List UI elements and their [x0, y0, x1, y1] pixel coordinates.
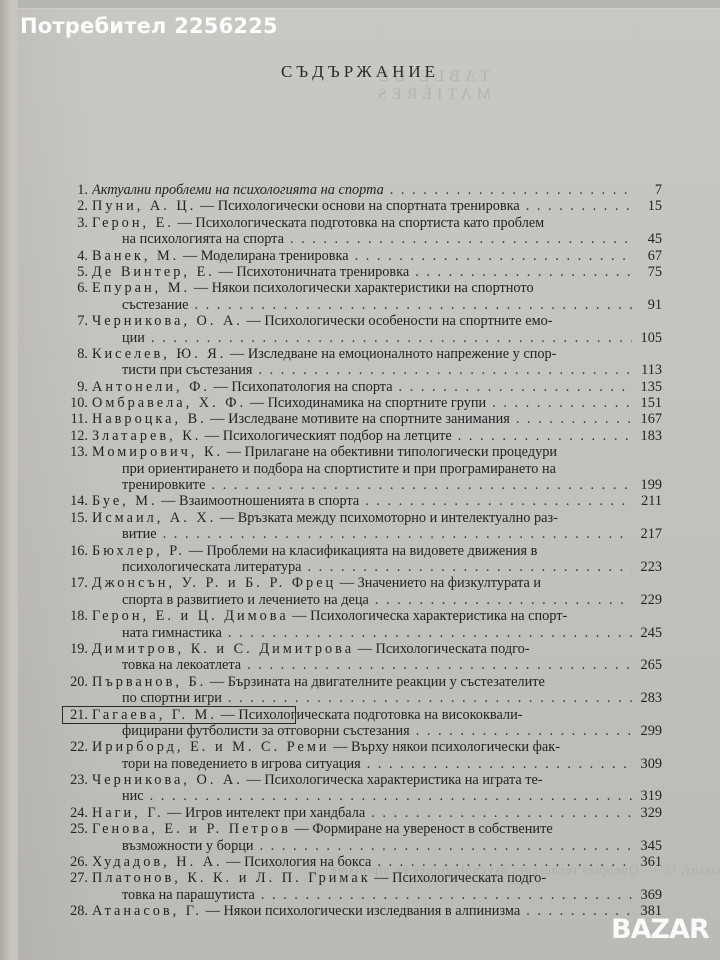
entry-author: Димитров, К. и С. Димитрова: [92, 641, 354, 657]
dot-leader: [255, 887, 632, 903]
dot-leader: [241, 657, 632, 673]
toc-entry-line: спорта в развитието и лечението на деца2…: [62, 592, 662, 608]
dot-leader: [369, 592, 632, 608]
toc-entry: 3.Герон, Е. — Психологическата подготовк…: [62, 215, 662, 248]
toc-entry: 20.Първанов, Б. — Бързината на двигателн…: [62, 674, 662, 707]
entry-number: 1.: [62, 182, 92, 198]
page-number: 361: [632, 854, 662, 870]
toc-entry: 12.Златарев, К. — Психологическият подбо…: [62, 428, 662, 444]
page-number: 135: [632, 379, 662, 395]
toc-entry-line: 14.Буе, М. — Взаимоотношенията в спорта2…: [62, 493, 662, 509]
toc-entry: 26.Худадов, Н. А. — Психология на бокса3…: [62, 854, 662, 870]
toc-entry-line: 1.Актуални проблеми на психологията на с…: [62, 182, 662, 198]
page-number: 217: [632, 526, 662, 542]
entry-number: 5.: [62, 264, 92, 280]
toc-entry: 21.Гагаева, Г. М. — Психологическата под…: [62, 707, 662, 740]
toc-entry-line: 11.Навроцка, В. — Изследване мотивите на…: [62, 411, 662, 427]
page-number: 283: [632, 690, 662, 706]
entry-number: 28.: [62, 903, 92, 919]
entry-title-continuation: на психологията на спорта: [122, 231, 284, 247]
entry-title: Ванек, М. — Моделирана тренировка: [92, 248, 349, 264]
dot-leader: [157, 526, 632, 542]
toc-entry-line: ната гимнастика245: [62, 625, 662, 641]
entry-title: Герон, Е. и Ц. Димова — Психологическа х…: [92, 608, 567, 624]
entry-title-continuation: психологическата литература: [122, 559, 302, 575]
entry-title: Наги, Г. — Игров интелект при хандбала: [92, 805, 365, 821]
entry-number: 20.: [62, 674, 92, 690]
dot-leader: [410, 723, 632, 739]
page-number: 265: [632, 657, 662, 673]
toc-entry-line: 28.Атанасов, Г. — Някои психологически и…: [62, 903, 662, 919]
dot-leader: [145, 330, 632, 346]
toc-entry-line: 16.Бюхлер, Р. — Проблеми на класификация…: [62, 543, 662, 559]
entry-title: Исмаил, А. Х. — Връзката между психомото…: [92, 510, 558, 526]
entry-author: Герон, Е. и Ц. Димова: [92, 608, 289, 624]
entry-title: Гагаева, Г. М. — Психологическата подгот…: [92, 707, 522, 723]
dot-leader: [510, 411, 632, 427]
bazar-logo: BAZAR: [611, 914, 709, 945]
entry-title: Ирирборд, Е. и М. С. Реми — Върху някои …: [92, 739, 560, 755]
page-number: 229: [632, 592, 662, 608]
book-spine-edge: [0, 0, 18, 960]
entry-number: 26.: [62, 854, 92, 870]
entry-title: Бюхлер, Р. — Проблеми на класификацията …: [92, 543, 537, 559]
page-number: 245: [632, 625, 662, 641]
entry-title: Черникова, О. А. — Психологически особен…: [92, 313, 553, 329]
toc-entry-line: 20.Първанов, Б. — Бързината на двигателн…: [62, 674, 662, 690]
entry-author: Антонели, Ф.: [92, 379, 210, 395]
page-title: СЪДЪРЖАНИЕ: [0, 62, 640, 82]
entry-title-continuation: спорта в развитието и лечението на деца: [122, 592, 369, 608]
entry-author: Герон, Е.: [92, 215, 174, 231]
toc-entry: 24.Наги, Г. — Игров интелект при хандбал…: [62, 805, 662, 821]
entry-title-continuation: товка на лекоатлета: [122, 657, 241, 673]
dot-leader: [222, 625, 632, 641]
entry-number: 21.: [62, 707, 92, 723]
entry-title: Де Винтер, Е. — Психотоничната тренировк…: [92, 264, 409, 280]
toc-entry-line: тори на поведението в игрова ситуация309: [62, 756, 662, 772]
toc-entry-line: състезание91: [62, 297, 662, 313]
entry-title: Киселев, Ю. Я. — Изследване на емоционал…: [92, 346, 556, 362]
user-watermark: Потребител 2256225: [20, 14, 278, 38]
entry-title-continuation: ции: [122, 330, 145, 346]
entry-number: 12.: [62, 428, 92, 444]
entry-title: Платонов, К. К. и Л. П. Гримак — Психоло…: [92, 870, 546, 886]
entry-number: 22.: [62, 739, 92, 755]
page-top-edge: [18, 0, 720, 9]
entry-number: 10.: [62, 395, 92, 411]
dot-leader: [409, 264, 632, 280]
page-number: 299: [632, 723, 662, 739]
dot-leader: [452, 428, 632, 444]
entry-author: Навроцка, В.: [92, 411, 207, 427]
entry-number: 24.: [62, 805, 92, 821]
page-number: 15: [632, 198, 662, 214]
entry-title: Антонели, Ф. — Психопатология на спорта: [92, 379, 393, 395]
entry-author: Момирович, К.: [92, 444, 223, 460]
entry-number: 3.: [62, 215, 92, 231]
dot-leader: [361, 756, 632, 772]
toc-entry: 11.Навроцка, В. — Изследване мотивите на…: [62, 411, 662, 427]
page-number: 105: [632, 330, 662, 346]
entry-title: Навроцка, В. — Изследване мотивите на сп…: [92, 411, 510, 427]
toc-entry: 5.Де Винтер, Е. — Психотоничната трениро…: [62, 264, 662, 280]
entry-number: 15.: [62, 510, 92, 526]
entry-number: 13.: [62, 444, 92, 460]
entry-number: 2.: [62, 198, 92, 214]
toc-entry-line: ции105: [62, 330, 662, 346]
toc-entry: 14.Буе, М. — Взаимоотношенията в спорта2…: [62, 493, 662, 509]
entry-author: Гагаева, Г. М.: [92, 707, 217, 723]
toc-entry: 22.Ирирборд, Е. и М. С. Реми — Върху няк…: [62, 739, 662, 772]
entry-title: Епуран, М. — Някои психологически характ…: [92, 280, 534, 296]
entry-number: 18.: [62, 608, 92, 624]
toc-entry: 1.Актуални проблеми на психологията на с…: [62, 182, 662, 198]
page-number: 113: [632, 362, 662, 378]
dot-leader: [486, 395, 632, 411]
dot-leader: [365, 805, 632, 821]
table-of-contents: 1.Актуални проблеми на психологията на с…: [62, 182, 662, 920]
page-number: 75: [632, 264, 662, 280]
entry-title-continuation: ната гимнастика: [122, 625, 222, 641]
toc-entry-line: психологическата литература223: [62, 559, 662, 575]
entry-title-continuation: тори на поведението в игрова ситуация: [122, 756, 361, 772]
dot-leader: [144, 788, 632, 804]
entry-title-continuation: при ориентирането и подбора на спортисти…: [122, 461, 556, 477]
entry-author: Омбравела, Х. Ф.: [92, 395, 246, 411]
entry-number: 8.: [62, 346, 92, 362]
toc-entry-line: 7.Черникова, О. А. — Психологически особ…: [62, 313, 662, 329]
toc-entry-line: 17.Джонсън, У. Р. и Б. Р. Фрец — Значени…: [62, 575, 662, 591]
entry-author: Пуни, А. Ц.: [92, 198, 196, 214]
toc-entry: 18.Герон, Е. и Ц. Димова — Психологическ…: [62, 608, 662, 641]
entry-author: Атанасов, Г.: [92, 903, 202, 919]
entry-title: Атанасов, Г. — Някои психологически изсл…: [92, 903, 520, 919]
entry-title: Генова, Е. и Р. Петров — Формиране на ув…: [92, 821, 553, 837]
toc-entry-line: 4.Ванек, М. — Моделирана тренировка67: [62, 248, 662, 264]
toc-entry-line: 5.Де Винтер, Е. — Психотоничната трениро…: [62, 264, 662, 280]
page-number: 211: [632, 493, 662, 509]
toc-entry-line: товка на парашутиста369: [62, 887, 662, 903]
toc-entry-line: 24.Наги, Г. — Игров интелект при хандбал…: [62, 805, 662, 821]
entry-author: Ирирборд, Е. и М. С. Реми: [92, 739, 330, 755]
entry-author: Платонов, К. К. и Л. П. Гримак: [92, 870, 371, 886]
entry-author: Джонсън, У. Р. и Б. Р. Фрец: [92, 575, 336, 591]
entry-title-continuation: нис: [122, 788, 144, 804]
entry-number: 17.: [62, 575, 92, 591]
page-number: 183: [632, 428, 662, 444]
toc-entry: 28.Атанасов, Г. — Някои психологически и…: [62, 903, 662, 919]
entry-title: Момирович, К. — Прилагане на обективни т…: [92, 444, 557, 460]
page-number: 199: [632, 477, 662, 493]
entry-author: Худадов, Н. А.: [92, 854, 223, 870]
toc-entry-line: при ориентирането и подбора на спортисти…: [62, 461, 662, 477]
entry-title: Първанов, Б. — Бързината на двигателните…: [92, 674, 545, 690]
page-number: 45: [632, 231, 662, 247]
entry-author: Киселев, Ю. Я.: [92, 346, 226, 362]
toc-entry: 10.Омбравела, Х. Ф. — Психодинамика на с…: [62, 395, 662, 411]
toc-entry-line: 13.Момирович, К. — Прилагане на обективн…: [62, 444, 662, 460]
entry-title-continuation: товка на парашутиста: [122, 887, 255, 903]
toc-entry-line: тренировките199: [62, 477, 662, 493]
entry-number: 7.: [62, 313, 92, 329]
entry-author: Бюхлер, Р.: [92, 543, 185, 559]
toc-entry: 19.Димитров, К. и С. Димитрова — Психоло…: [62, 641, 662, 674]
entry-author: Наги, Г.: [92, 805, 164, 821]
toc-entry-line: 9.Антонели, Ф. — Психопатология на спорт…: [62, 379, 662, 395]
toc-entry: 6.Епуран, М. — Някои психологически хара…: [62, 280, 662, 313]
entry-title: Димитров, К. и С. Димитрова — Психологич…: [92, 641, 530, 657]
entry-title-continuation: възможности у борци: [122, 838, 254, 854]
entry-number: 25.: [62, 821, 92, 837]
entry-title-continuation: състезание: [122, 297, 189, 313]
page-number: 7: [632, 182, 662, 198]
toc-entry-line: тисти при състезания113: [62, 362, 662, 378]
entry-number: 16.: [62, 543, 92, 559]
entry-title: Омбравела, Х. Ф. — Психодинамика на спор…: [92, 395, 486, 411]
toc-entry-line: 6.Епуран, М. — Някои психологически хара…: [62, 280, 662, 296]
page-number: 369: [632, 887, 662, 903]
page-number: 67: [632, 248, 662, 264]
toc-entry: 2.Пуни, А. Ц. — Психологически основи на…: [62, 198, 662, 214]
dot-leader: [222, 690, 632, 706]
entry-author: Черникова, О. А.: [92, 313, 243, 329]
dot-leader: [384, 182, 632, 198]
toc-entry-line: 23.Черникова, О. А. — Психологическа хар…: [62, 772, 662, 788]
entry-number: 14.: [62, 493, 92, 509]
entry-title: Златарев, К. — Психологическият подбор н…: [92, 428, 452, 444]
entry-title: Худадов, Н. А. — Психология на бокса: [92, 854, 371, 870]
toc-entry-line: по спортни игри283: [62, 690, 662, 706]
entry-author: Буе, М.: [92, 493, 158, 509]
dot-leader: [254, 838, 632, 854]
toc-entry-line: 25.Генова, Е. и Р. Петров — Формиране на…: [62, 821, 662, 837]
toc-entry-line: 27.Платонов, К. К. и Л. П. Гримак — Псих…: [62, 870, 662, 886]
entry-author: Исмаил, А. Х.: [92, 510, 216, 526]
toc-entry-line: 10.Омбравела, Х. Ф. — Психодинамика на с…: [62, 395, 662, 411]
entry-author: Епуран, М.: [92, 280, 190, 296]
page-number: 91: [632, 297, 662, 313]
dot-leader: [252, 362, 632, 378]
dot-leader: [371, 854, 632, 870]
dot-leader: [393, 379, 632, 395]
dot-leader: [284, 231, 632, 247]
toc-entry: 23.Черникова, О. А. — Психологическа хар…: [62, 772, 662, 805]
toc-entry-line: на психологията на спорта45: [62, 231, 662, 247]
toc-entry-line: товка на лекоатлета265: [62, 657, 662, 673]
entry-title: Черникова, О. А. — Психологическа характ…: [92, 772, 543, 788]
toc-entry-line: 2.Пуни, А. Ц. — Психологически основи на…: [62, 198, 662, 214]
entry-title: Буе, М. — Взаимоотношенията в спорта: [92, 493, 359, 509]
entry-author: Генова, Е. и Р. Петров: [92, 821, 291, 837]
entry-title-continuation: по спортни игри: [122, 690, 222, 706]
toc-entry: 8.Киселев, Ю. Я. — Изследване на емоцион…: [62, 346, 662, 379]
entry-number: 23.: [62, 772, 92, 788]
toc-entry-line: 21.Гагаева, Г. М. — Психологическата под…: [62, 707, 662, 723]
toc-entry-line: 22.Ирирборд, Е. и М. С. Реми — Върху няк…: [62, 739, 662, 755]
toc-entry: 15.Исмаил, А. Х. — Връзката между психом…: [62, 510, 662, 543]
toc-entry-line: витие217: [62, 526, 662, 542]
entry-title: Актуални проблеми на психологията на спо…: [92, 182, 384, 198]
page-number: 319: [632, 788, 662, 804]
page-number: 167: [632, 411, 662, 427]
toc-entry-line: възможности у борци345: [62, 838, 662, 854]
page-number: 345: [632, 838, 662, 854]
toc-entry-line: фицирани футболисти за отговорни състеза…: [62, 723, 662, 739]
dot-leader: [359, 493, 632, 509]
toc-entry: 25.Генова, Е. и Р. Петров — Формиране на…: [62, 821, 662, 854]
entry-author: Първанов, Б.: [92, 674, 206, 690]
toc-entry: 16.Бюхлер, Р. — Проблеми на класификация…: [62, 543, 662, 576]
page-number: 151: [632, 395, 662, 411]
entry-title-continuation: фицирани футболисти за отговорни състеза…: [122, 723, 410, 739]
toc-entry: 7.Черникова, О. А. — Психологически особ…: [62, 313, 662, 346]
entry-title: Пуни, А. Ц. — Психологически основи на с…: [92, 198, 520, 214]
toc-entry-line: нис319: [62, 788, 662, 804]
entry-title: Герон, Е. — Психологическата подготовка …: [92, 215, 544, 231]
entry-number: 11.: [62, 411, 92, 427]
entry-number: 27.: [62, 870, 92, 886]
entry-number: 4.: [62, 248, 92, 264]
entry-author: Златарев, К.: [92, 428, 201, 444]
toc-entry-line: 8.Киселев, Ю. Я. — Изследване на емоцион…: [62, 346, 662, 362]
entry-number: 6.: [62, 280, 92, 296]
entry-title-continuation: тренировките: [122, 477, 205, 493]
page-number: 309: [632, 756, 662, 772]
entry-title-continuation: тисти при състезания: [122, 362, 252, 378]
dot-leader: [189, 297, 633, 313]
entry-author: Черникова, О. А.: [92, 772, 243, 788]
toc-entry: 9.Антонели, Ф. — Психопатология на спорт…: [62, 379, 662, 395]
dot-leader: [302, 559, 633, 575]
toc-entry-line: 26.Худадов, Н. А. — Психология на бокса3…: [62, 854, 662, 870]
toc-entry-line: 12.Златарев, К. — Психологическият подбо…: [62, 428, 662, 444]
page-number: 329: [632, 805, 662, 821]
entry-number: 9.: [62, 379, 92, 395]
dot-leader: [520, 198, 632, 214]
toc-entry-line: 18.Герон, Е. и Ц. Димова — Психологическ…: [62, 608, 662, 624]
toc-entry-line: 19.Димитров, К. и С. Димитрова — Психоло…: [62, 641, 662, 657]
dot-leader: [205, 477, 632, 493]
toc-entry: 4.Ванек, М. — Моделирана тренировка67: [62, 248, 662, 264]
toc-entry-line: 15.Исмаил, А. Х. — Връзката между психом…: [62, 510, 662, 526]
entry-title: Джонсън, У. Р. и Б. Р. Фрец — Значението…: [92, 575, 541, 591]
entry-author: Ванек, М.: [92, 248, 179, 264]
toc-entry: 17.Джонсън, У. Р. и Б. Р. Фрец — Значени…: [62, 575, 662, 608]
entry-title-continuation: витие: [122, 526, 157, 542]
entry-number: 19.: [62, 641, 92, 657]
dot-leader: [349, 248, 632, 264]
toc-entry-line: 3.Герон, Е. — Психологическата подготовк…: [62, 215, 662, 231]
toc-entry: 13.Момирович, К. — Прилагане на обективн…: [62, 444, 662, 493]
entry-author: Де Винтер, Е.: [92, 264, 215, 280]
toc-entry: 27.Платонов, К. К. и Л. П. Гримак — Псих…: [62, 870, 662, 903]
page-number: 223: [632, 559, 662, 575]
